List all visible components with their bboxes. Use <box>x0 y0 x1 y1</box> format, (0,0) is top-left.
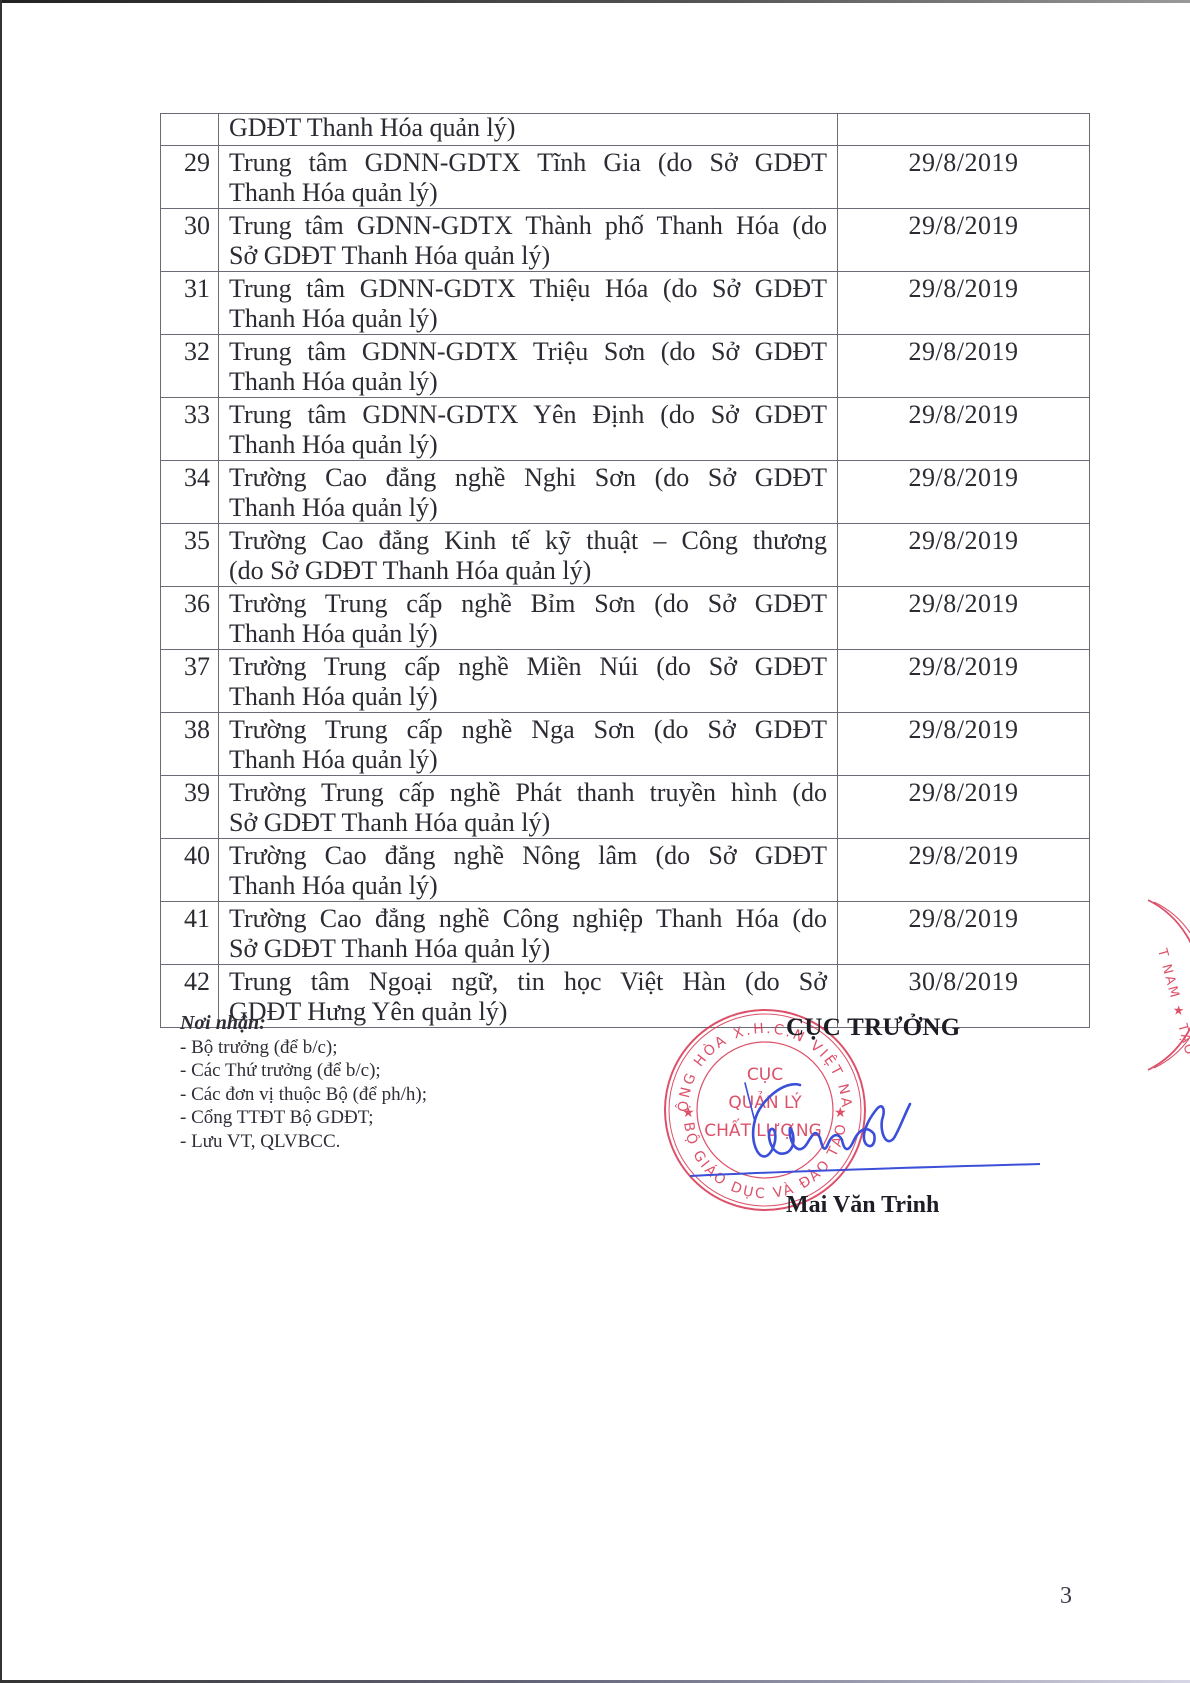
institution-name-line: Thanh Hóa quản lý) <box>229 871 827 901</box>
institution-name: Trung tâm GDNN-GDTX Thiệu Hóa (do Sở GDĐ… <box>219 272 838 335</box>
date-cell: 29/8/2019 <box>838 335 1090 398</box>
institution-name: Trường Cao đẳng Kinh tế kỹ thuật – Công … <box>219 524 838 587</box>
institution-name: GDĐT Thanh Hóa quản lý) <box>219 114 838 146</box>
institution-name-line: Trung tâm Ngoại ngữ, tin học Việt Hàn (d… <box>229 967 827 997</box>
row-number: 36 <box>161 587 219 650</box>
institution-name: Trường Cao đẳng nghề Nông lâm (do Sở GDĐ… <box>219 839 838 902</box>
recipient-item: - Các Thứ trưởng (để b/c); <box>180 1059 427 1083</box>
institution-name-line: Sở GDĐT Thanh Hóa quản lý) <box>229 934 827 964</box>
table-row: 31Trung tâm GDNN-GDTX Thiệu Hóa (do Sở G… <box>161 272 1090 335</box>
institution-name: Trường Cao đẳng nghề Nghi Sơn (do Sở GDĐ… <box>219 461 838 524</box>
institution-name-line: Thanh Hóa quản lý) <box>229 682 827 712</box>
institution-name-line: Trung tâm GDNN-GDTX Tĩnh Gia (do Sở GDĐT <box>229 148 827 178</box>
table-row: 41Trường Cao đẳng nghề Công nghiệp Thanh… <box>161 902 1090 965</box>
row-number: 32 <box>161 335 219 398</box>
institution-name: Trường Trung cấp nghề Miền Núi (do Sở GD… <box>219 650 838 713</box>
row-number: 40 <box>161 839 219 902</box>
signer-title: CỤC TRƯỞNG <box>786 1014 961 1042</box>
institution-name-line: Thanh Hóa quản lý) <box>229 493 827 523</box>
row-number: 31 <box>161 272 219 335</box>
row-number: 38 <box>161 713 219 776</box>
recipient-item: - Bộ trưởng (để b/c); <box>180 1036 427 1060</box>
institution-name-line: Thanh Hóa quản lý) <box>229 430 827 460</box>
institution-name: Trung tâm GDNN-GDTX Tĩnh Gia (do Sở GDĐT… <box>219 146 838 209</box>
recipient-item: - Các đơn vị thuộc Bộ (để ph/h); <box>180 1083 427 1107</box>
institution-name: Trường Cao đẳng nghề Công nghiệp Thanh H… <box>219 902 838 965</box>
institution-table: GDĐT Thanh Hóa quản lý) 29Trung tâm GDNN… <box>160 113 1090 1028</box>
page-number: 3 <box>1060 1583 1072 1610</box>
table-row: 30Trung tâm GDNN-GDTX Thành phố Thanh Hó… <box>161 209 1090 272</box>
scan-edge-left <box>0 0 2 1683</box>
institution-name-line: Trung tâm GDNN-GDTX Thiệu Hóa (do Sở GDĐ… <box>229 274 827 304</box>
institution-name-line: Trường Trung cấp nghề Miền Núi (do Sở GD… <box>229 652 827 682</box>
recipients-block: Nơi nhận: - Bộ trưởng (để b/c);- Các Thứ… <box>180 1012 427 1153</box>
table-row: 34Trường Cao đẳng nghề Nghi Sơn (do Sở G… <box>161 461 1090 524</box>
table-row: 36Trường Trung cấp nghề Bỉm Sơn (do Sở G… <box>161 587 1090 650</box>
table-row-continuation: GDĐT Thanh Hóa quản lý) <box>161 114 1090 146</box>
institution-name: Trung tâm GDNN-GDTX Triệu Sơn (do Sở GDĐ… <box>219 335 838 398</box>
institution-name-line: Trường Trung cấp nghề Bỉm Sơn (do Sở GDĐ… <box>229 589 827 619</box>
recipients-list: - Bộ trưởng (để b/c);- Các Thứ trưởng (đ… <box>180 1036 427 1154</box>
institution-name-line: Thanh Hóa quản lý) <box>229 619 827 649</box>
institution-name-line: Trường Cao đẳng nghề Công nghiệp Thanh H… <box>229 904 827 934</box>
date-cell: 29/8/2019 <box>838 776 1090 839</box>
recipient-item: - Cổng TTĐT Bộ GDĐT; <box>180 1106 427 1130</box>
table-row: 38Trường Trung cấp nghề Nga Sơn (do Sở G… <box>161 713 1090 776</box>
institution-name: Trường Trung cấp nghề Bỉm Sơn (do Sở GDĐ… <box>219 587 838 650</box>
table-row: 37Trường Trung cấp nghề Miền Núi (do Sở … <box>161 650 1090 713</box>
table-row: 39Trường Trung cấp nghề Phát thanh truyề… <box>161 776 1090 839</box>
date-cell <box>838 114 1090 146</box>
date-cell: 29/8/2019 <box>838 839 1090 902</box>
table-row: 35Trường Cao đẳng Kinh tế kỹ thuật – Côn… <box>161 524 1090 587</box>
table-row: 29Trung tâm GDNN-GDTX Tĩnh Gia (do Sở GD… <box>161 146 1090 209</box>
recipients-title: Nơi nhận: <box>180 1012 427 1036</box>
table-row: 33Trung tâm GDNN-GDTX Yên Định (do Sở GD… <box>161 398 1090 461</box>
date-cell: 29/8/2019 <box>838 650 1090 713</box>
institution-name: Trường Trung cấp nghề Phát thanh truyền … <box>219 776 838 839</box>
row-number: 30 <box>161 209 219 272</box>
row-number: 29 <box>161 146 219 209</box>
row-number <box>161 114 219 146</box>
row-number: 41 <box>161 902 219 965</box>
row-number: 37 <box>161 650 219 713</box>
recipient-item: - Lưu VT, QLVBCC. <box>180 1130 427 1154</box>
signer-name: Mai Văn Trinh <box>786 1192 939 1219</box>
row-number: 35 <box>161 524 219 587</box>
institution-name-line: Thanh Hóa quản lý) <box>229 745 827 775</box>
institution-name-line: Trường Cao đẳng nghề Nghi Sơn (do Sở GDĐ… <box>229 463 827 493</box>
institution-name-line: Trung tâm GDNN-GDTX Triệu Sơn (do Sở GDĐ… <box>229 337 827 367</box>
edge-seal-stamp: T NAM ★ TẠO <box>1120 890 1190 1080</box>
date-cell: 29/8/2019 <box>838 902 1090 965</box>
table-row: 40Trường Cao đẳng nghề Nông lâm (do Sở G… <box>161 839 1090 902</box>
institution-name-line: Thanh Hóa quản lý) <box>229 304 827 334</box>
date-cell: 29/8/2019 <box>838 209 1090 272</box>
institution-name-line: Sở GDĐT Thanh Hóa quản lý) <box>229 241 827 271</box>
date-cell: 29/8/2019 <box>838 272 1090 335</box>
row-number: 33 <box>161 398 219 461</box>
institution-name: Trường Trung cấp nghề Nga Sơn (do Sở GDĐ… <box>219 713 838 776</box>
date-cell: 29/8/2019 <box>838 587 1090 650</box>
institution-name-line: Trung tâm GDNN-GDTX Thành phố Thanh Hóa … <box>229 211 827 241</box>
handwritten-signature <box>690 1080 1040 1190</box>
date-cell: 29/8/2019 <box>838 524 1090 587</box>
institution-name-line: Thanh Hóa quản lý) <box>229 367 827 397</box>
institution-name-line: GDĐT Thanh Hóa quản lý) <box>229 114 827 142</box>
row-number: 39 <box>161 776 219 839</box>
institution-name-line: Trường Cao đẳng nghề Nông lâm (do Sở GDĐ… <box>229 841 827 871</box>
institution-name-line: Thanh Hóa quản lý) <box>229 178 827 208</box>
date-cell: 29/8/2019 <box>838 461 1090 524</box>
institution-name-line: Trường Trung cấp nghề Nga Sơn (do Sở GDĐ… <box>229 715 827 745</box>
row-number: 34 <box>161 461 219 524</box>
date-cell: 29/8/2019 <box>838 146 1090 209</box>
date-cell: 29/8/2019 <box>838 713 1090 776</box>
table-row: 32Trung tâm GDNN-GDTX Triệu Sơn (do Sở G… <box>161 335 1090 398</box>
institution-name-line: Sở GDĐT Thanh Hóa quản lý) <box>229 808 827 838</box>
scan-edge-top <box>0 0 1190 3</box>
institution-name-line: Trung tâm GDNN-GDTX Yên Định (do Sở GDĐT <box>229 400 827 430</box>
institution-name-line: (do Sở GDĐT Thanh Hóa quản lý) <box>229 556 827 586</box>
edge-seal-text: T NAM ★ TẠO <box>1154 946 1190 1058</box>
institution-name: Trung tâm GDNN-GDTX Yên Định (do Sở GDĐT… <box>219 398 838 461</box>
date-cell: 29/8/2019 <box>838 398 1090 461</box>
institution-name-line: Trường Cao đẳng Kinh tế kỹ thuật – Công … <box>229 526 827 556</box>
institution-name: Trung tâm GDNN-GDTX Thành phố Thanh Hóa … <box>219 209 838 272</box>
institution-name-line: Trường Trung cấp nghề Phát thanh truyền … <box>229 778 827 808</box>
